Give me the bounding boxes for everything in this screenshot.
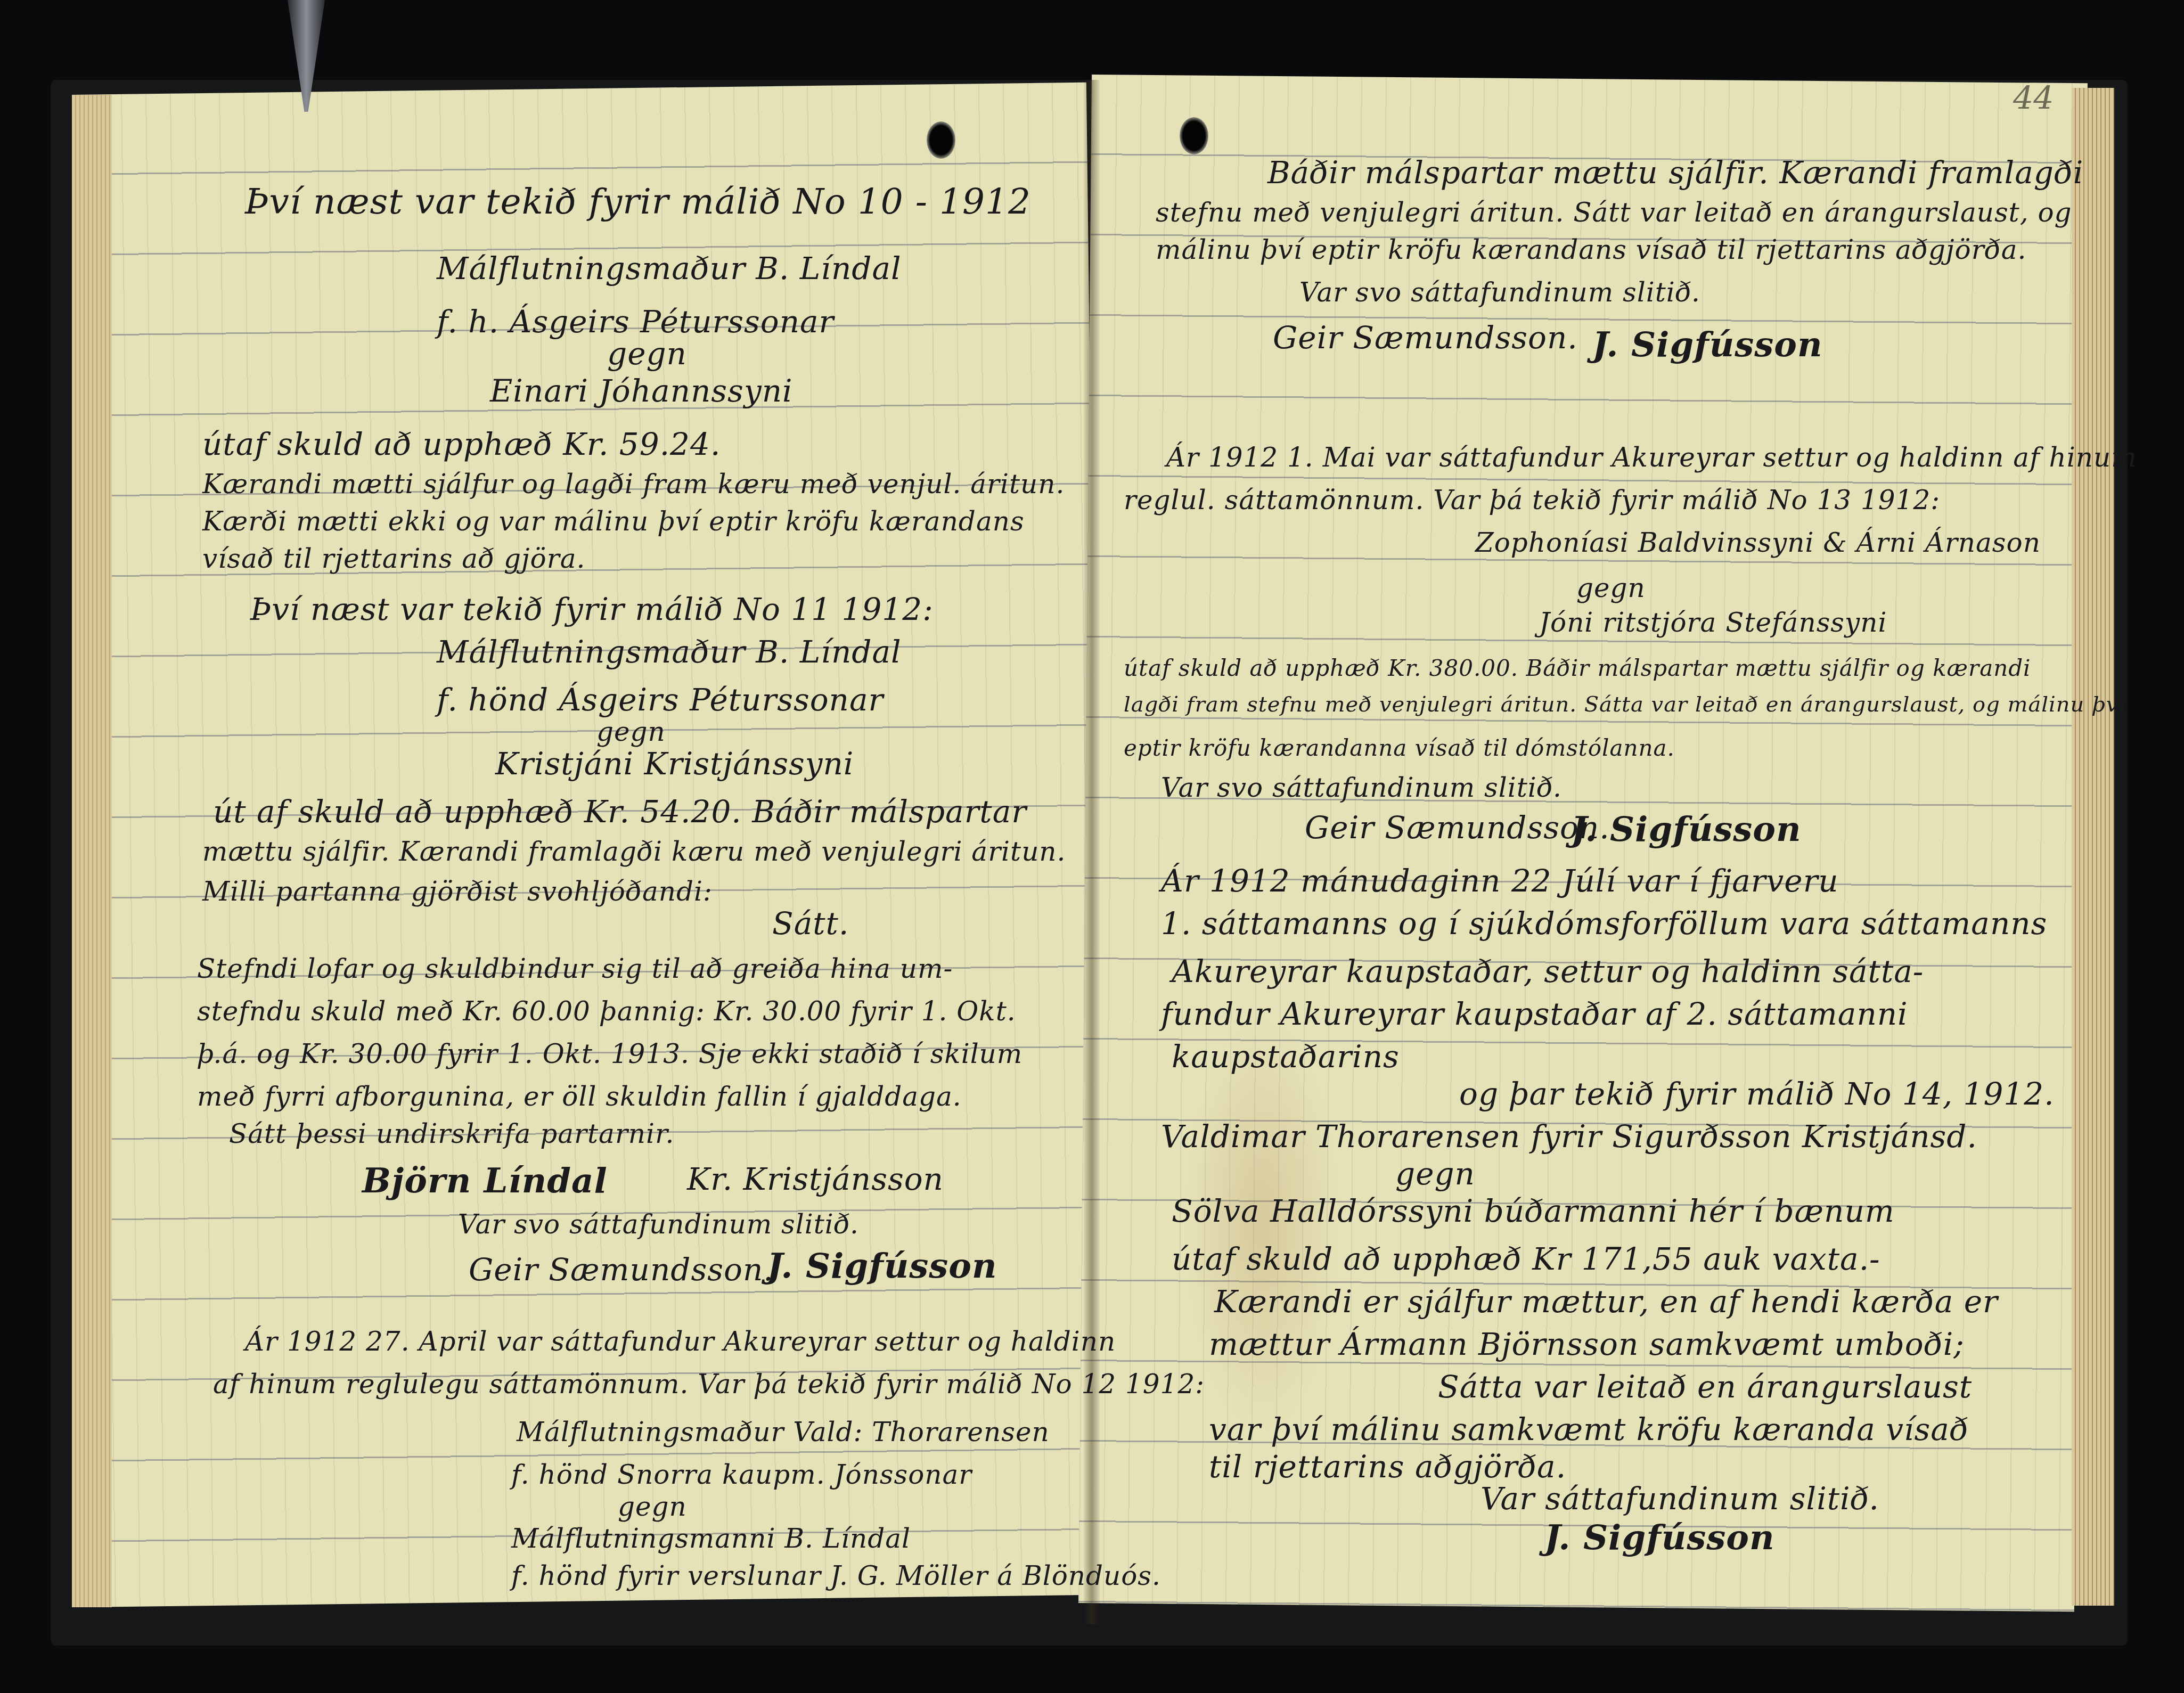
- left-line: Málflutningsmaður Vald: Thorarensen: [517, 1417, 1050, 1447]
- right-line: mættur Ármann Björnsson samkvæmt umboði;: [1209, 1326, 1965, 1362]
- left-line: með fyrri afborgunina, er öll skuldin fa…: [197, 1081, 962, 1112]
- right-line: útaf skuld að upphæð Kr 171,55 auk vaxta…: [1172, 1241, 1880, 1277]
- signature: J. Sigfússon: [1571, 809, 1802, 849]
- punch-hole-left: [927, 121, 955, 159]
- left-line: Stefndi lofar og skuldbindur sig til að …: [197, 953, 953, 984]
- right-line: reglul. sáttamönnum. Var þá tekið fyrir …: [1124, 485, 1940, 516]
- left-line: út af skuld að upphæð Kr. 54.20. Báðir m…: [213, 794, 1027, 830]
- signature: J. Sigfússon: [1544, 1518, 1775, 1558]
- punch-hole-right: [1180, 117, 1208, 154]
- signature: Björn Líndal: [362, 1161, 608, 1201]
- right-line: Báðir málspartar mættu sjálfir. Kærandi …: [1267, 154, 2083, 191]
- left-line: Málflutningsmaður B. Líndal: [437, 250, 902, 287]
- left-line: Því næst var tekið fyrir málið No 10 - 1…: [245, 181, 1031, 222]
- right-page-edges: [2072, 88, 2114, 1606]
- signature: Geir Sæmundsson.: [469, 1252, 774, 1288]
- closing-remark: Var svo sáttafundinum slitið.: [458, 1209, 859, 1240]
- left-line: mættu sjálfir. Kærandi framlagði kæru me…: [202, 836, 1066, 867]
- left-line: af hinum reglulegu sáttamönnum. Var þá t…: [213, 1369, 1205, 1400]
- right-line: málinu því eptir kröfu kærandans vísað t…: [1156, 234, 2026, 265]
- left-line: Málflutningsmanni B. Líndal: [511, 1523, 911, 1554]
- closing-remark: Var sáttafundinum slitið.: [1480, 1481, 1879, 1517]
- left-line: þ.á. og Kr. 30.00 fyrir 1. Okt. 1913. Sj…: [197, 1038, 1023, 1069]
- left-page-edges: [72, 95, 112, 1607]
- left-line: gegn: [596, 716, 666, 747]
- right-line: Zophoníasi Baldvinssyni & Árni Árnason: [1475, 527, 2041, 558]
- right-line: Sátta var leitað en árangurslaust: [1438, 1369, 1972, 1405]
- left-line: Kærði mætti ekki og var málinu því eptir…: [202, 506, 1025, 537]
- right-line: var því málinu samkvæmt kröfu kæranda ví…: [1209, 1411, 1969, 1447]
- right-line: stefnu með venjulegri áritun. Sátt var l…: [1156, 197, 2072, 228]
- signature: Geir Sæmundsson.: [1305, 809, 1610, 846]
- right-line: gegn: [1576, 572, 1646, 603]
- closing-remark: Var svo sáttafundinum slitið.: [1161, 772, 1562, 803]
- signature: J. Sigfússon: [1592, 325, 1823, 365]
- left-line: Sátt.: [772, 905, 849, 942]
- right-line: gegn: [1395, 1156, 1475, 1192]
- left-line: Kristjáni Kristjánssyni: [495, 746, 854, 782]
- left-line: Málflutningsmaður B. Líndal: [437, 634, 902, 670]
- left-line: útaf skuld að upphæð Kr. 59.24.: [202, 426, 721, 462]
- signature: Kr. Kristjánsson: [687, 1161, 944, 1197]
- left-line: f. hönd fyrir verslunar J. G. Möller á B…: [511, 1560, 1161, 1591]
- left-line: Því næst var tekið fyrir málið No 11 191…: [250, 591, 934, 627]
- left-line: Ár 1912 27. April var sáttafundur Akurey…: [245, 1326, 1116, 1357]
- right-line: Ár 1912 1. Mai var sáttafundur Akureyrar…: [1166, 442, 2137, 473]
- left-line: gegn: [618, 1491, 687, 1522]
- signature: J. Sigfússon: [767, 1246, 997, 1286]
- left-line: f. hönd Ásgeirs Péturssonar: [437, 682, 884, 718]
- left-line: f. hönd Snorra kaupm. Jónssonar: [511, 1459, 972, 1490]
- left-line: f. h. Ásgeirs Péturssonar: [437, 304, 834, 340]
- right-line: Ár 1912 mánudaginn 22 Júlí var í fjarver…: [1161, 863, 1839, 899]
- left-line: stefndu skuld með Kr. 60.00 þannig: Kr. …: [197, 996, 1016, 1027]
- left-line: gegn: [607, 336, 687, 372]
- right-line: til rjettarins aðgjörða.: [1209, 1449, 1566, 1485]
- right-line: útaf skuld að upphæð Kr. 380.00. Báðir m…: [1124, 655, 2031, 681]
- right-line: kaupstaðarins: [1172, 1038, 1400, 1075]
- page-number: 44: [2013, 80, 2054, 117]
- right-line: 1. sáttamanns og í sjúkdómsforföllum var…: [1161, 905, 2047, 942]
- right-line: eptir kröfu kærandanna vísað til dómstól…: [1124, 735, 1675, 761]
- left-line: vísað til rjettarins að gjöra.: [202, 543, 585, 574]
- left-line: Sátt þessi undirskrifa partarnir.: [229, 1118, 674, 1149]
- signature: Geir Sæmundsson.: [1273, 320, 1578, 356]
- right-line: og þar tekið fyrir málið No 14, 1912.: [1459, 1076, 2055, 1112]
- right-line: Jóni ritstjóra Stefánssyni: [1539, 607, 1887, 638]
- left-line: Einari Jóhannssyni: [490, 373, 793, 409]
- right-line: Sölva Halldórssyni búðarmanni hér í bænu…: [1172, 1193, 1895, 1229]
- closing-remark: Var svo sáttafundinum slitið.: [1299, 277, 1700, 308]
- left-line: Milli partanna gjörðist svohljóðandi:: [202, 876, 713, 907]
- right-line: Akureyrar kaupstaðar, settur og haldinn …: [1172, 953, 1924, 989]
- right-line: Kærandi er sjálfur mættur, en af hendi k…: [1214, 1283, 1998, 1320]
- left-line: Kærandi mætti sjálfur og lagði fram kæru…: [202, 469, 1065, 500]
- right-line: lagði fram stefnu með venjulegri áritun.…: [1124, 692, 2126, 717]
- right-line: fundur Akureyrar kaupstaðar af 2. sáttam…: [1161, 996, 1908, 1032]
- right-line: Valdimar Thorarensen fyrir Sigurðsson Kr…: [1161, 1118, 1977, 1155]
